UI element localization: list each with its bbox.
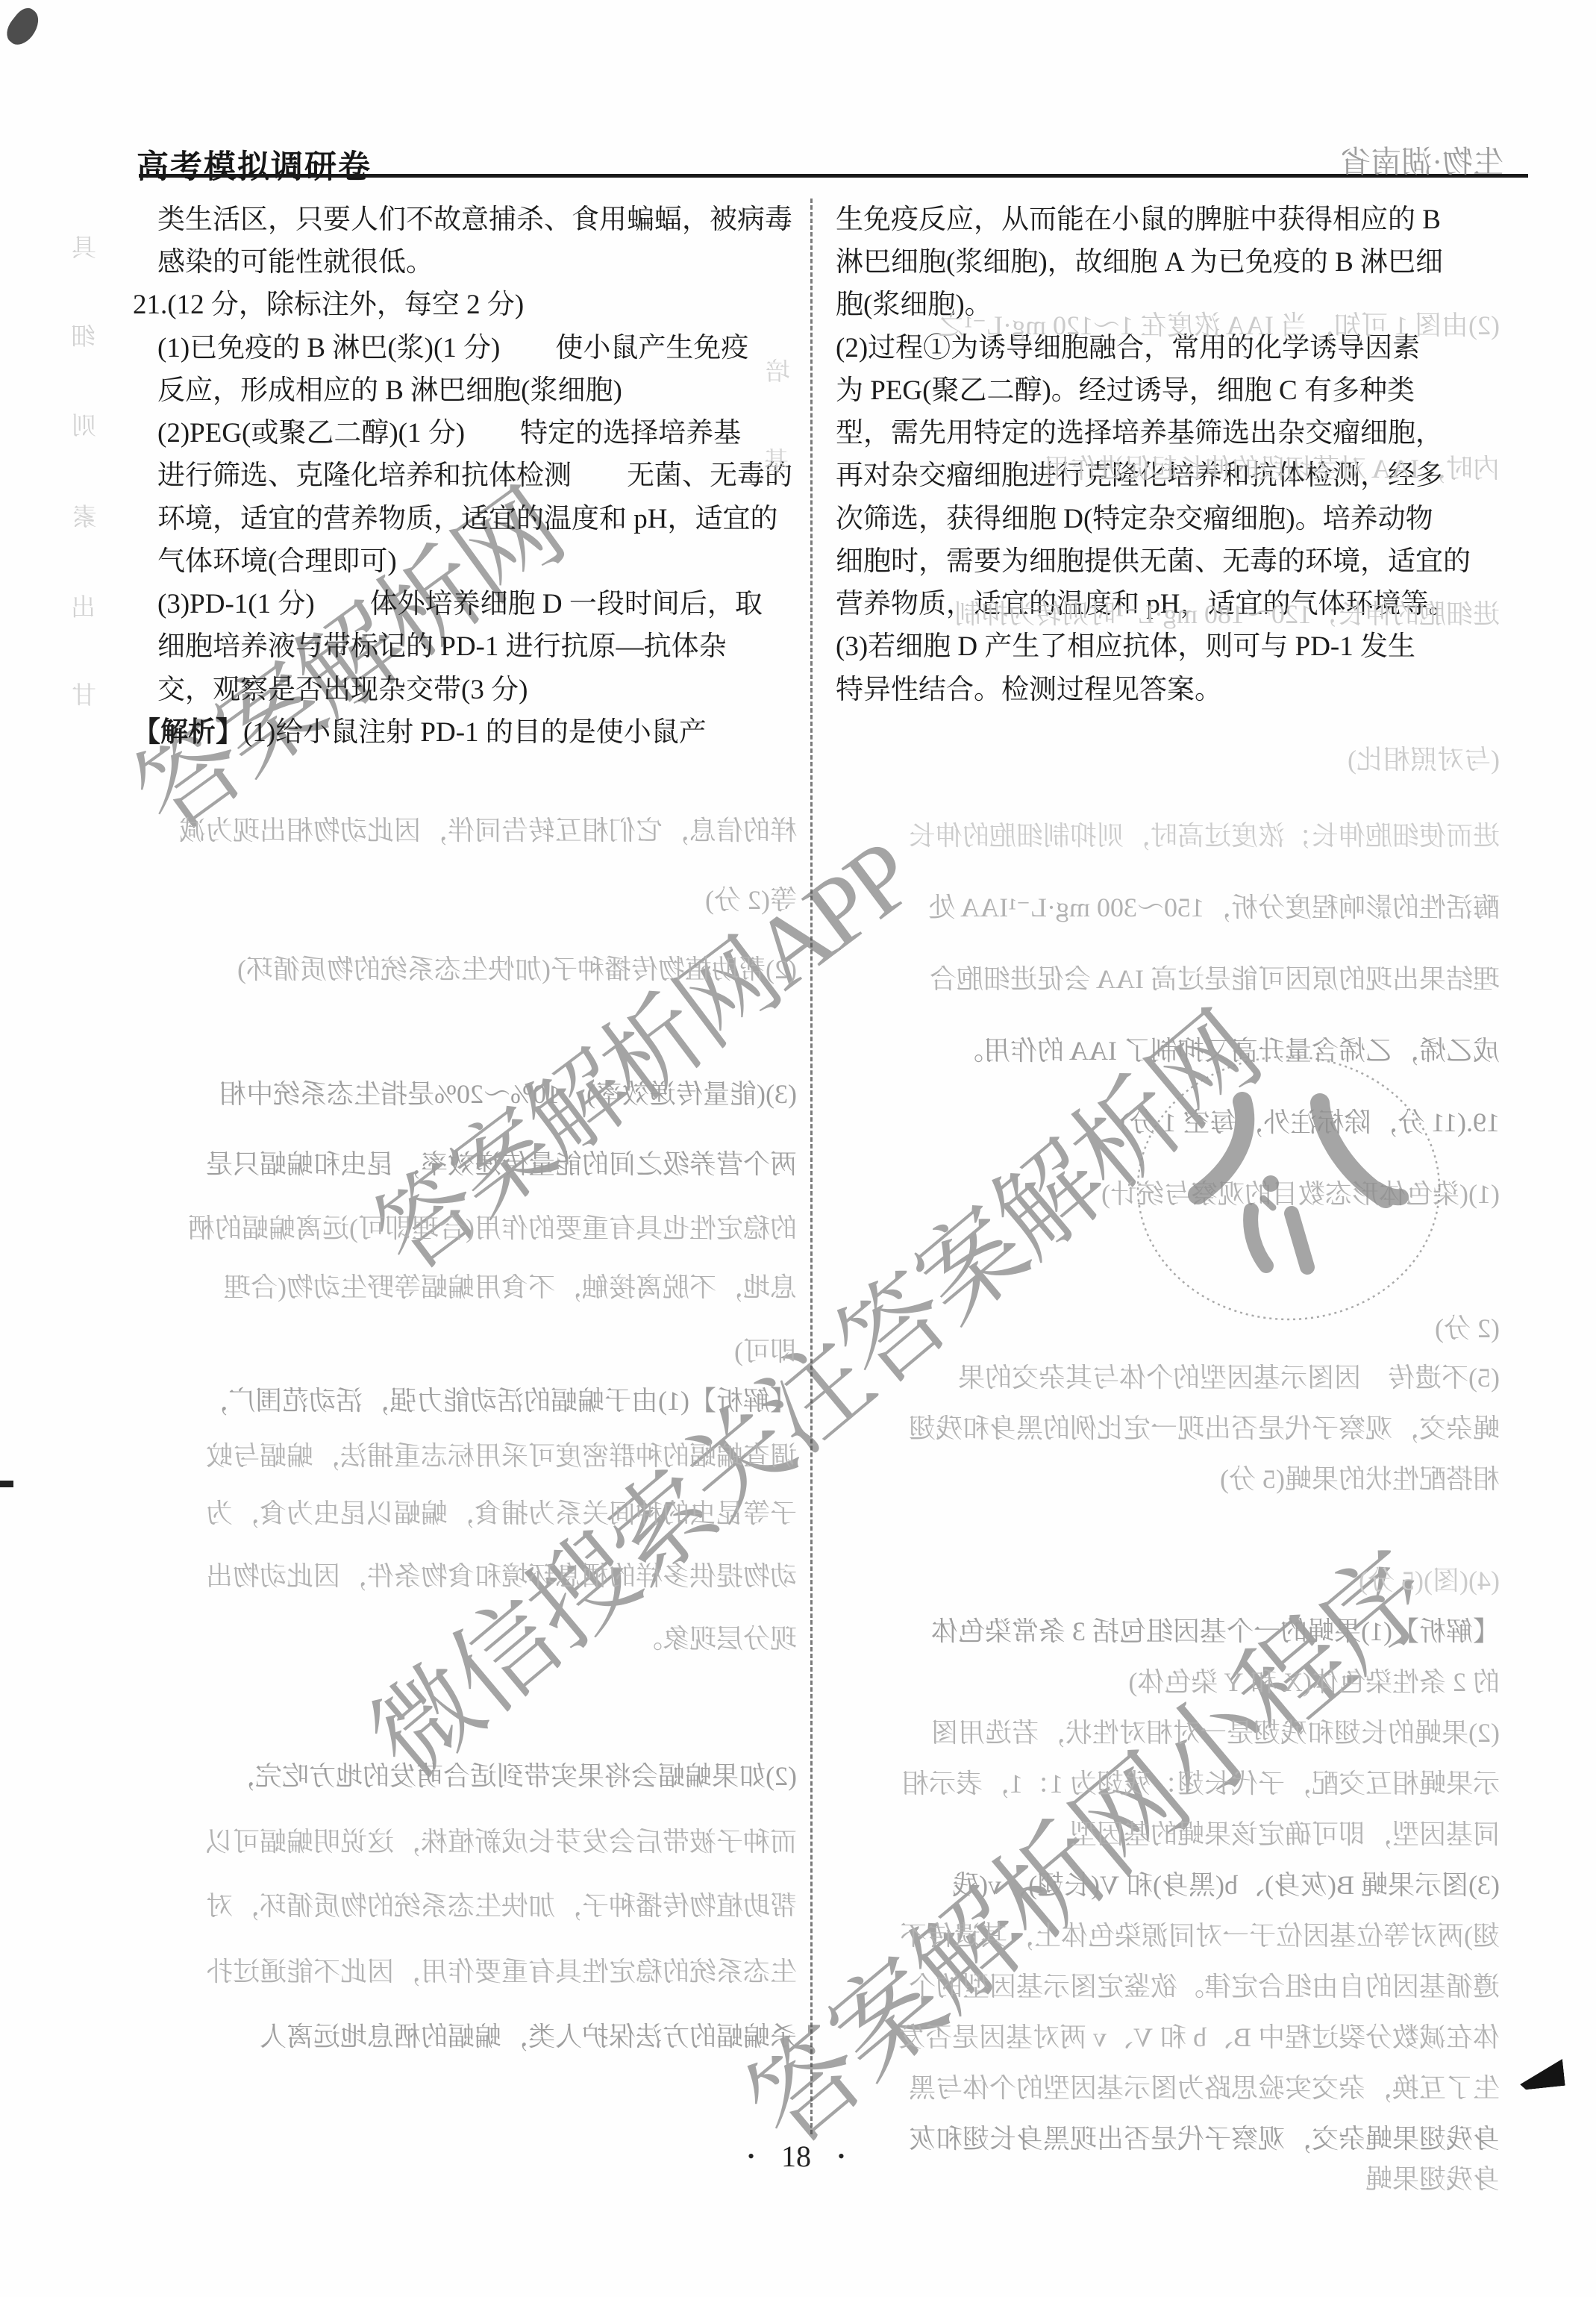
- bleedthrough-line: 动物提供多样的栖息环境和食物条件，因此动物出: [131, 1555, 797, 1593]
- answer-text-line: (3)PD-1(1 分) 体外培养细胞 D 一段时间后，取: [157, 587, 763, 622]
- analysis-line: 【解析】(1)给小鼠注射 PD-1 的目的是使小鼠产: [133, 716, 707, 750]
- bleedthrough-line: 蝇杂交，观察子代是否出现一定比例的黑身和残翅: [834, 1407, 1500, 1446]
- answer-text-line: 特异性结合。检测过程见答案。: [836, 673, 1222, 707]
- answer-text-line: (2)PEG(或聚乙二醇)(1 分) 特定的选择培养基: [157, 416, 741, 451]
- bleedthrough-line: 示果蝇相互交配，子代长翅：残翅为 1：1，表示相: [834, 1763, 1500, 1801]
- bleedthrough-line: 【解析】(1)果蝇的一个基因组包括 3 条常染色体: [834, 1610, 1500, 1648]
- answer-text-line: (1)已免疫的 B 淋巴(浆)(1 分) 使小鼠产生免疫: [157, 331, 748, 366]
- answer-text-line: 交，观察是否出现杂交带(3 分): [157, 673, 528, 707]
- pencil-dot: [1262, 1175, 1279, 1192]
- bleedthrough-line: 样的信息，它们相互转告同伴，因此动物相出现为减: [131, 810, 797, 848]
- column-divider-dashed: [810, 199, 813, 2134]
- bleedthrough-line: 【解析】(1)由于蝙蝠的活动能力强，活动范围广，: [131, 1380, 797, 1418]
- answer-text-line: 生免疫反应，从而能在小鼠的脾脏中获得相应的 B: [836, 203, 1441, 237]
- bleedthrough-line: (4)(图)(5 分): [834, 1560, 1500, 1598]
- bleedthrough-line: 进而使细胞伸长；浓度过高时，则抑制细胞的伸长: [834, 815, 1500, 853]
- hand-drawn-circle-annotation: [1123, 1043, 1459, 1342]
- scanned-exam-page: 高考模拟调研卷 生物·湖南省 答案解析网 答案解析网APP 微信搜索关注答案解析…: [0, 0, 1596, 2297]
- bleedthrough-line: (3)(能量传递效率) 10%～20%是指生态系统中相: [131, 1073, 797, 1111]
- answer-text-line: 细胞时，需要为细胞提供无菌、无毒的环境，适宜的: [836, 545, 1471, 579]
- bleedthrough-line: 子等昆虫的种间关系为捕食，蝙蝠以昆虫为食，为: [131, 1493, 797, 1531]
- answer-text-line: 为 PEG(聚乙二醇)。经过诱导，细胞 C 有多种类: [836, 374, 1415, 408]
- bleedthrough-line: 两个营养级之间的能量传递效率，昆虫和蝙蝠只是: [131, 1143, 797, 1181]
- bleedthrough-line: (2)帮助植物传播种子(加快生态系统的物质循环): [131, 949, 797, 987]
- answer-text-line: 淋巴细胞(浆细胞)，故细胞 A 为已免疫的 B 淋巴细: [836, 246, 1443, 280]
- bleedthrough-line: 帮助植物传播种子，加快生态系统的物质循环，对: [131, 1885, 797, 1923]
- bleedthrough-line: 调查蝙蝠的种群密度可采用标志重捕法，蝙蝠与蚊: [131, 1435, 797, 1473]
- bleedthrough-speck: 素: [72, 498, 97, 533]
- answer-text-line: 反应，形成相应的 B 淋巴细胞(浆细胞): [157, 374, 622, 408]
- bleedthrough-speck: 细: [71, 317, 96, 352]
- question-21-heading: 21.(12 分，除标注外，每空 2 分): [133, 288, 524, 322]
- bleedthrough-line: 遵循基因的自由组合定律。欲鉴定图示基因型的个: [834, 1966, 1500, 2004]
- bleedthrough-line: 即可): [131, 1331, 797, 1369]
- bleedthrough-speck: 基: [764, 442, 789, 477]
- bleedthrough-line: 生了互换，杂交实验思路为图示基因型的个体与黑: [834, 2067, 1500, 2105]
- answer-text-line: 感染的可能性就很低。: [157, 246, 434, 280]
- answer-text-line: 类生活区，只要人们不故意捕杀、食用蝙蝠，被病毒: [157, 203, 792, 237]
- bleedthrough-line: (3)图示果蝇 B(灰身)、b(黑身)和 V(长翅)、v(残: [834, 1864, 1500, 1902]
- bleedthrough-line: 身残翅果蝇杂交，观察子代是否出现黑身长翅和灰: [834, 2118, 1500, 2156]
- bleedthrough-line: 身残翅果蝇: [834, 2158, 1500, 2196]
- answer-text-line: 型，需先用特定的选择培养基筛选出杂交瘤细胞，: [836, 416, 1443, 451]
- scan-edge-mark: [0, 1481, 13, 1487]
- pencil-circle-outline: [1138, 1057, 1439, 1319]
- analysis-text: (1)给小鼠注射 PD-1 的目的是使小鼠产: [243, 717, 707, 748]
- answer-text-line: 细胞培养液与带标记的 PD-1 进行抗原—抗体杂: [157, 630, 727, 664]
- page-title: 高考模拟调研卷: [137, 142, 372, 187]
- pencil-strokes: [1198, 1101, 1401, 1267]
- answer-text-line: 气体环境(合理即可): [157, 545, 397, 579]
- answer-text-line: (3)若细胞 D 产生了相应抗体，则可与 PD-1 发生: [836, 630, 1415, 664]
- bleedthrough-line: 翅)两对等位基因位于一对同源染色体上，其遗传不: [834, 1915, 1500, 1953]
- bleedthrough-line: (2)果蝇的长翅和残翅是一对相对性状，若选用图: [834, 1712, 1500, 1750]
- bleedthrough-line: 酶活性的影响程度分析，150～300 mg·L⁻¹IAA 处: [834, 887, 1500, 925]
- scan-ink-smudge: [1, 4, 46, 50]
- bleedthrough-speck: 具: [72, 228, 96, 263]
- bleedthrough-line: (2)如果蝙蝠会将果实带到适合萌发的地方吃完，: [131, 1755, 797, 1793]
- bleedthrough-line: 理结果出现的原因可能是过高 IAA 会促进细胞合: [834, 958, 1500, 996]
- bleedthrough-line: 而种子被带后会发芽长成新植株，这说明蝙蝠可以: [131, 1821, 797, 1859]
- bleedthrough-line: (5)不遗传 因图示基因型的个体与其杂交的果: [834, 1357, 1500, 1395]
- bleedthrough-faint-line: (与对照相比): [834, 739, 1500, 777]
- answer-text-line: 次筛选，获得细胞 D(特定杂交瘤细胞)。培养动物: [836, 502, 1433, 537]
- bleedthrough-line: 生态系统的稳定性具有重要作用，因此不能通过扑: [131, 1951, 797, 1989]
- bleedthrough-line: 等(2 分): [131, 879, 797, 917]
- bleedthrough-faint-line: 内时，IAA 对茎切段的伸长起促进作用: [834, 448, 1500, 486]
- page-number-right-dot: •: [838, 2146, 845, 2168]
- answer-text-line: 进行筛选、克隆化培养和抗体检测 无菌、无毒的: [157, 459, 792, 493]
- answer-text-line: 环境，适宜的营养物质，适宜的温度和 pH，适宜的: [157, 502, 777, 537]
- mirrored-subject-label: 生物·湖南省: [1246, 137, 1503, 181]
- analysis-label: 【解析】: [133, 717, 243, 748]
- page-number-value: 18: [781, 2139, 811, 2174]
- bleedthrough-speck: 出: [71, 588, 96, 623]
- bleedthrough-faint-line: (2)由图 1 可知，当 IAA 浓度在 1～120 mg·L⁻¹之: [834, 304, 1500, 343]
- bleedthrough-speck: 培: [766, 352, 790, 387]
- bleedthrough-faint-line: 进细胞的伸长；120～180 mg·L⁻¹时则转为抑制: [834, 593, 1500, 631]
- bleedthrough-line: 的 2 条性染色体(X 和 Y 染色体): [834, 1661, 1500, 1699]
- bleedthrough-line: 同基因型，即可确定该果蝇的基因型: [834, 1813, 1500, 1851]
- bleedthrough-line: 现分层现象。: [131, 1618, 797, 1656]
- bleedthrough-line: 杀蝙蝠的方法保护人类，蝙蝠的栖息地远离人: [131, 2016, 797, 2054]
- ink-wedge-mark: [1518, 2059, 1565, 2090]
- bleedthrough-line: 相搭配性状的果蝇(5 分): [834, 1458, 1500, 1496]
- bleedthrough-line: 的稳定性也具有重要的作用(合理即可)远离蝙蝠的栖: [131, 1207, 797, 1246]
- bleedthrough-speck: 甘: [72, 676, 96, 711]
- bleedthrough-line: 息地，不脱离接触，不食用蝙蝠等野生动物(合理: [131, 1266, 797, 1304]
- page-number-left-dot: •: [748, 2146, 754, 2168]
- page-number: • 18 •: [748, 2139, 845, 2174]
- bleedthrough-line: 体在减数分裂过程中 B、b 和 V、v 两对基因是否发: [834, 2016, 1500, 2054]
- bleedthrough-speck: 则: [72, 407, 96, 442]
